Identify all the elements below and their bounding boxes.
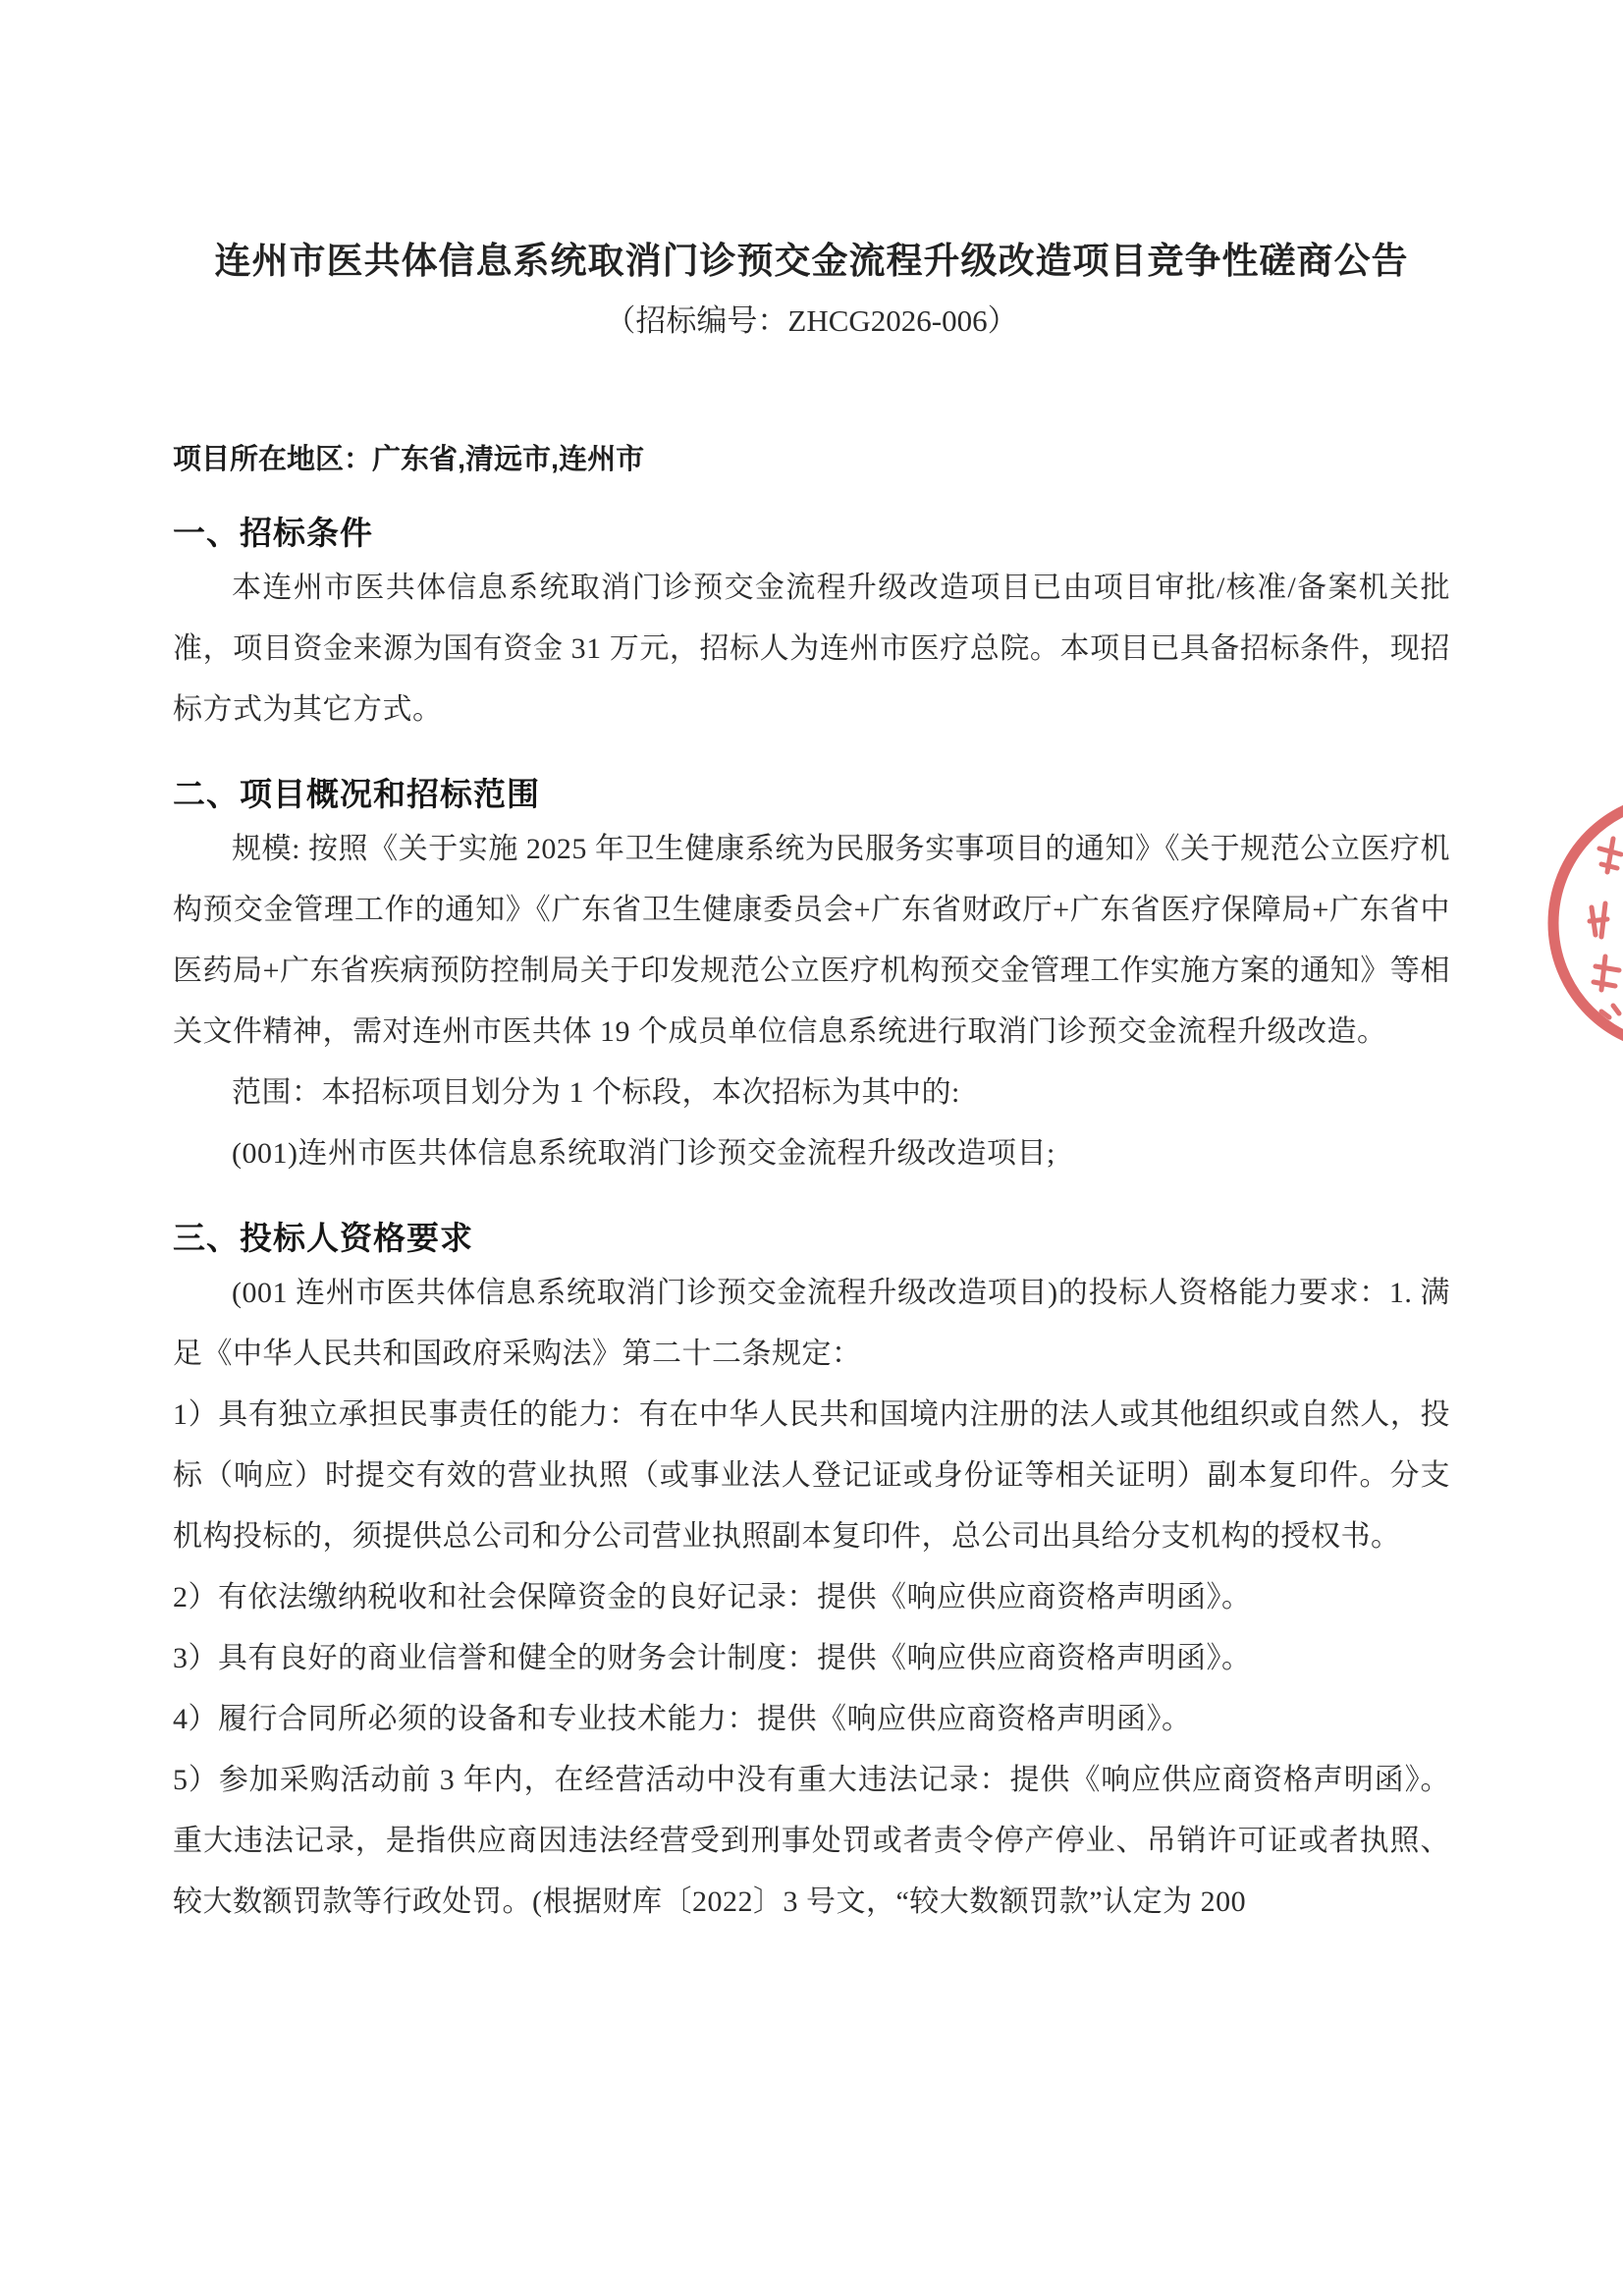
paragraph: 1）具有独立承担民事责任的能力：有在中华人民共和国境内注册的法人或其他组织或自然…	[173, 1385, 1450, 1567]
paragraph: 范围：本招标项目划分为 1 个标段，本次招标为其中的:	[173, 1063, 1450, 1123]
section-heading-bidding-conditions: 一、招标条件	[173, 509, 1450, 558]
project-location-line: 项目所在地区：广东省,清远市,连州市	[173, 440, 1450, 479]
document-title: 连州市医共体信息系统取消门诊预交金流程升级改造项目竞争性磋商公告	[173, 240, 1450, 285]
paragraph: 2）有依法缴纳税收和社会保障资金的良好记录：提供《响应供应商资格声明函》。	[173, 1567, 1450, 1628]
paragraph: (001)连州市医共体信息系统取消门诊预交金流程升级改造项目;	[173, 1123, 1450, 1184]
paragraph: 4）履行合同所必须的设备和专业技术能力：提供《响应供应商资格声明函》。	[173, 1689, 1450, 1750]
paragraph: 5）参加采购活动前 3 年内，在经营活动中没有重大违法记录：提供《响应供应商资格…	[173, 1750, 1450, 1933]
red-seal-stamp	[1544, 797, 1623, 1053]
paragraph: 本连州市医共体信息系统取消门诊预交金流程升级改造项目已由项目审批/核准/备案机关…	[173, 558, 1450, 740]
document-content: 连州市医共体信息系统取消门诊预交金流程升级改造项目竞争性磋商公告 （招标编号：Z…	[173, 0, 1450, 1933]
tender-announcement-page: 连州市医共体信息系统取消门诊预交金流程升级改造项目竞争性磋商公告 （招标编号：Z…	[0, 0, 1623, 2296]
paragraph: 规模: 按照《关于实施 2025 年卫生健康系统为民服务实事项目的通知》《关于规…	[173, 819, 1450, 1063]
paragraph: 3）具有良好的商业信誉和健全的财务会计制度：提供《响应供应商资格声明函》。	[173, 1628, 1450, 1689]
tender-number: （招标编号：ZHCG2026-006）	[173, 301, 1450, 342]
paragraph: (001 连州市医共体信息系统取消门诊预交金流程升级改造项目)的投标人资格能力要…	[173, 1263, 1450, 1385]
section-heading-bidder-qualifications: 三、投标人资格要求	[173, 1214, 1450, 1263]
section-heading-project-overview: 二、项目概况和招标范围	[173, 770, 1450, 819]
